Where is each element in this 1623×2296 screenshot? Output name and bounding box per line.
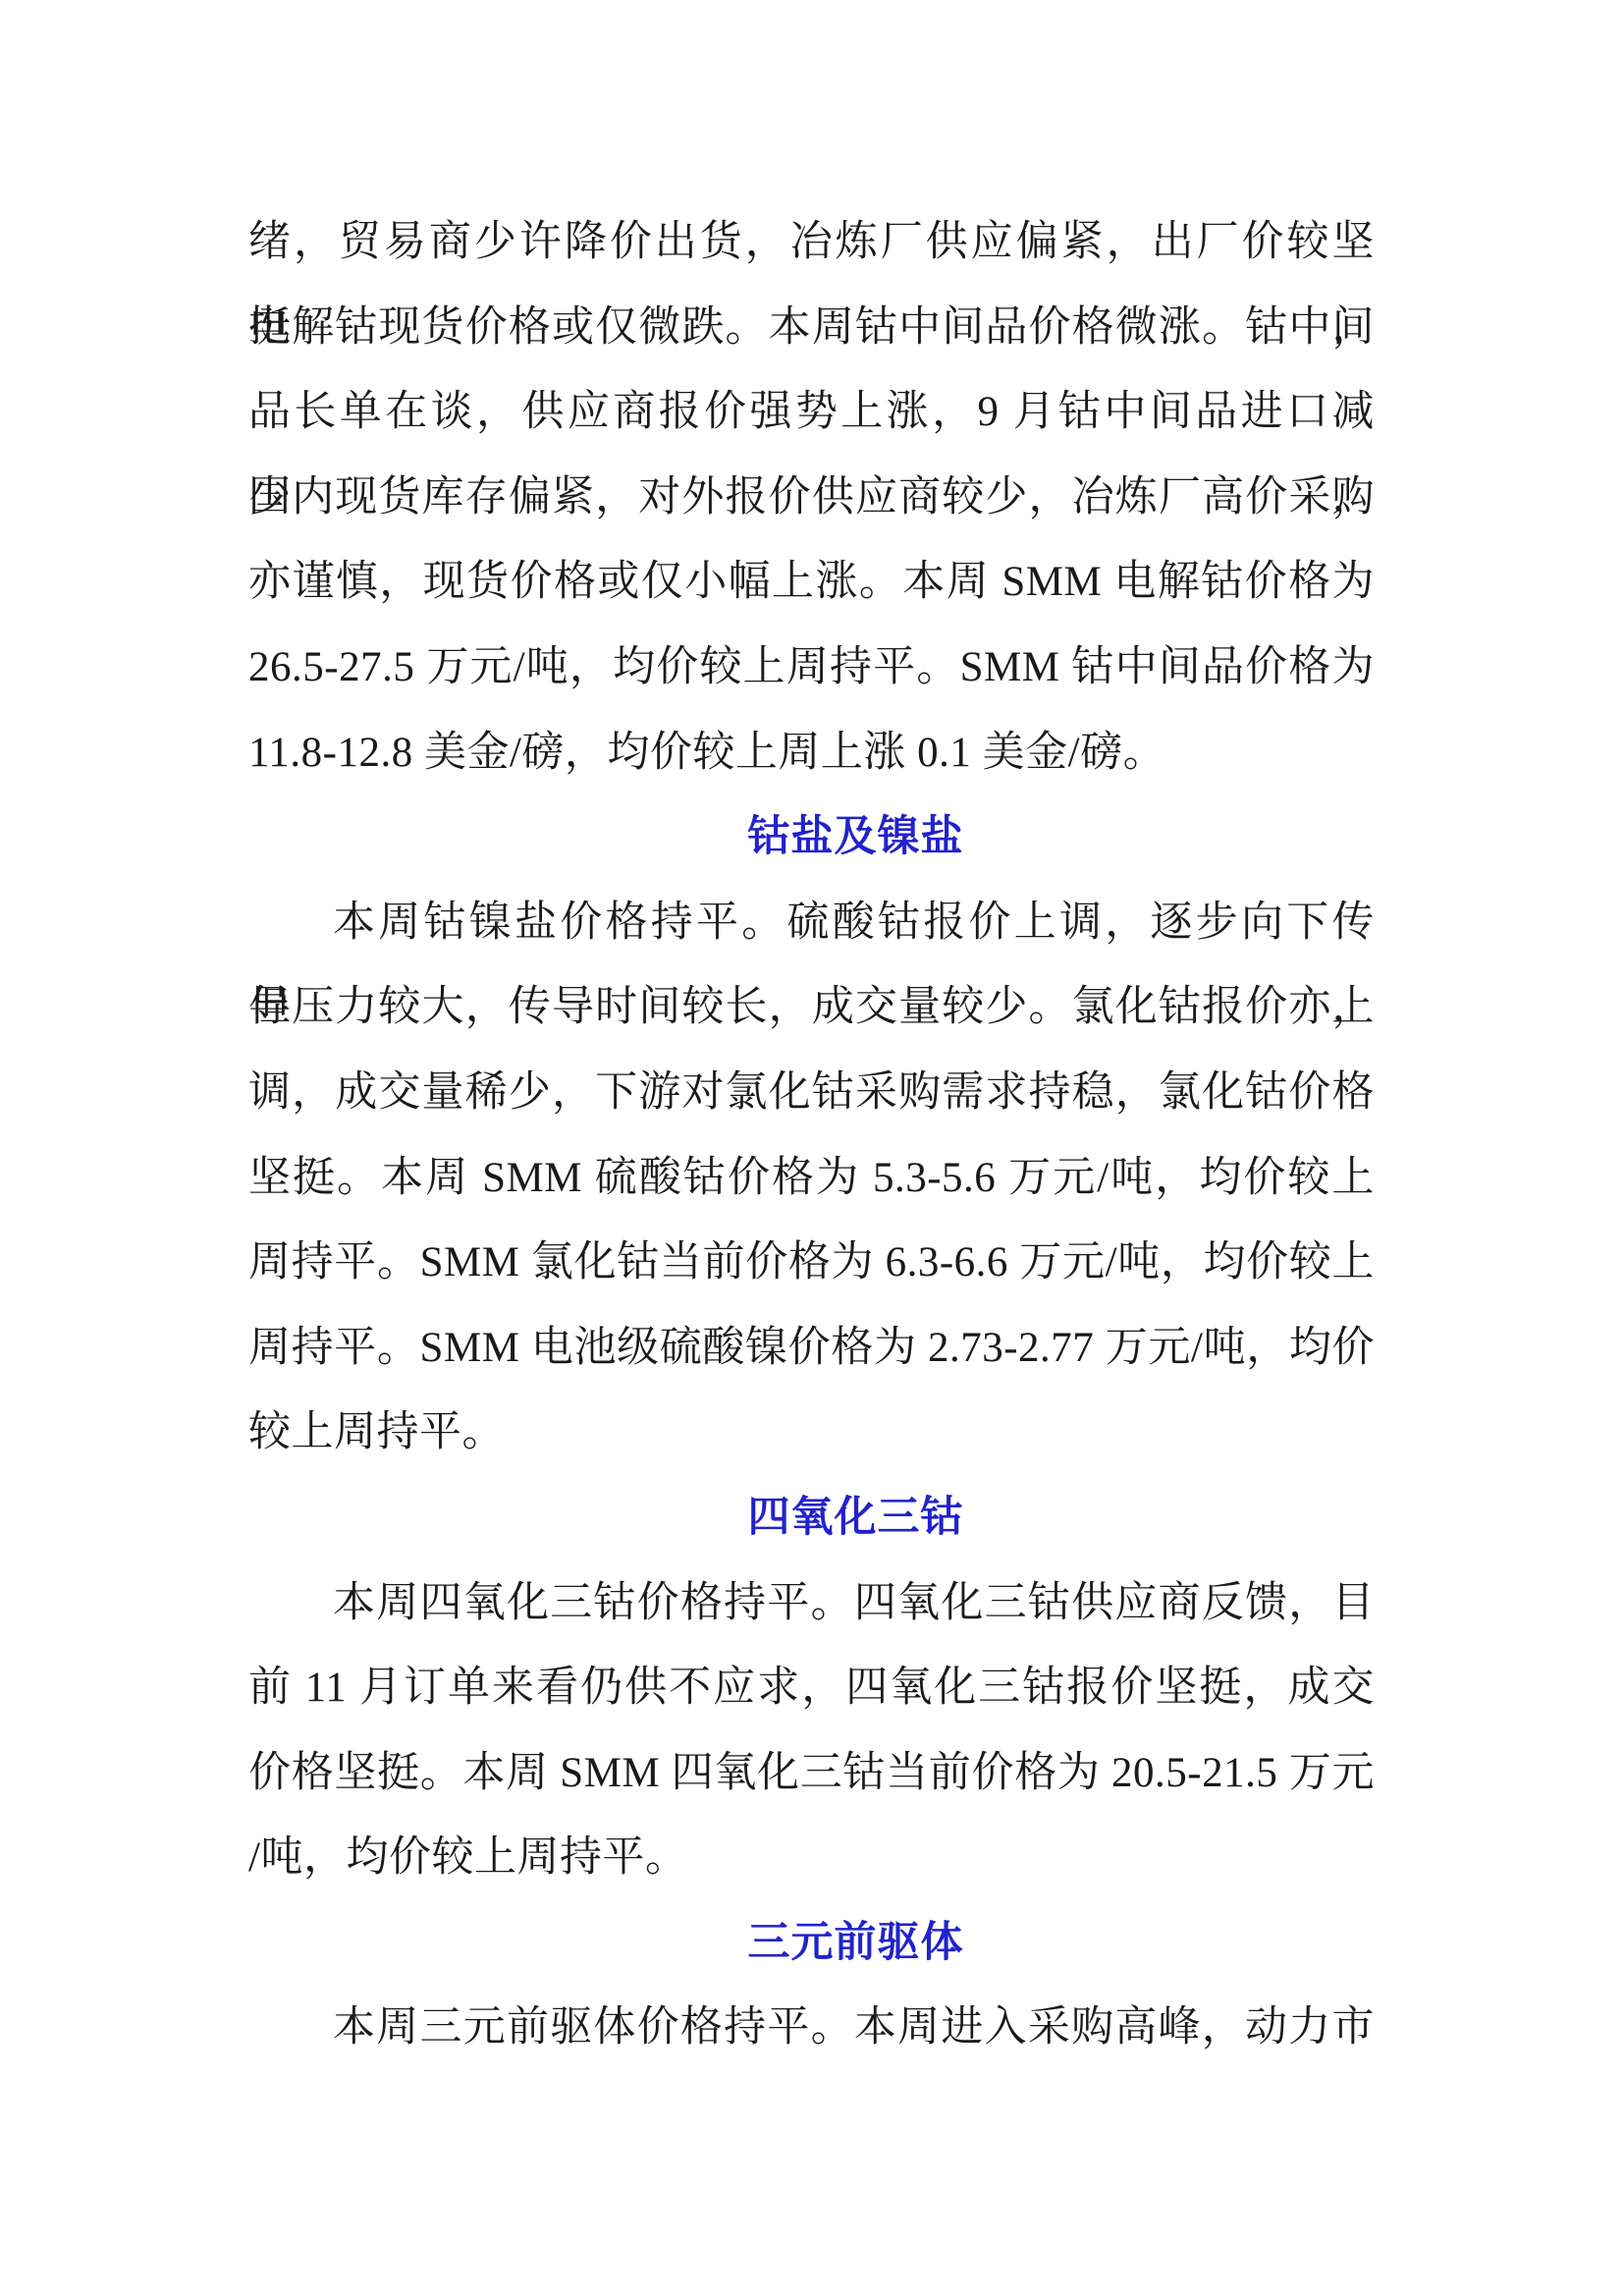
text-line: 本周四氧化三钴价格持平。四氧化三钴供应商反馈，目 [248, 1561, 1375, 1647]
section-heading: 三元前驱体 [293, 1901, 1419, 1987]
text-line: 但压力较大，传导时间较长，成交量较少。氯化钴报价亦上 [248, 965, 1375, 1051]
document-content: 绪，贸易商少许降价出货，冶炼厂供应偏紧，出厂价较坚挺，电解钴现货价格或仅微跌。本… [248, 200, 1375, 2071]
document-page: 绪，贸易商少许降价出货，冶炼厂供应偏紧，出厂价较坚挺，电解钴现货价格或仅微跌。本… [0, 0, 1623, 2296]
text-line: 周持平。SMM 氯化钴当前价格为 6.3-6.6 万元/吨，均价较上 [248, 1221, 1375, 1306]
text-line: 电解钴现货价格或仅微跌。本周钴中间品价格微涨。钴中间 [248, 286, 1375, 371]
text-line: 调，成交量稀少，下游对氯化钴采购需求持稳，氯化钴价格 [248, 1051, 1375, 1136]
text-line: 本周钴镍盐价格持平。硫酸钴报价上调，逐步向下传导， [248, 881, 1375, 966]
text-line: 品长单在谈，供应商报价强势上涨，9 月钴中间品进口减少， [248, 370, 1375, 456]
text-line: 前 11 月订单来看仍供不应求，四氧化三钴报价坚挺，成交 [248, 1646, 1375, 1731]
text-line: 价格坚挺。本周 SMM 四氧化三钴当前价格为 20.5-21.5 万元 [248, 1731, 1375, 1817]
text-line: 本周三元前驱体价格持平。本周进入采购高峰，动力市 [248, 1986, 1375, 2071]
section-heading: 钴盐及镍盐 [293, 795, 1419, 881]
text-line: 绪，贸易商少许降价出货，冶炼厂供应偏紧，出厂价较坚挺， [248, 200, 1375, 286]
text-line: 亦谨慎，现货价格或仅小幅上涨。本周 SMM 电解钴价格为 [248, 540, 1375, 626]
text-line: 11.8-12.8 美金/磅，均价较上周上涨 0.1 美金/磅。 [248, 711, 1375, 796]
text-line: 坚挺。本周 SMM 硫酸钴价格为 5.3-5.6 万元/吨，均价较上 [248, 1136, 1375, 1222]
text-line: 26.5-27.5 万元/吨，均价较上周持平。SMM 钴中间品价格为 [248, 626, 1375, 711]
text-line: 周持平。SMM 电池级硫酸镍价格为 2.73-2.77 万元/吨，均价 [248, 1306, 1375, 1392]
text-line: 较上周持平。 [248, 1391, 1375, 1476]
text-line: /吨，均价较上周持平。 [248, 1816, 1375, 1901]
text-line: 国内现货库存偏紧，对外报价供应商较少，冶炼厂高价采购 [248, 456, 1375, 541]
section-heading: 四氧化三钴 [293, 1476, 1419, 1561]
